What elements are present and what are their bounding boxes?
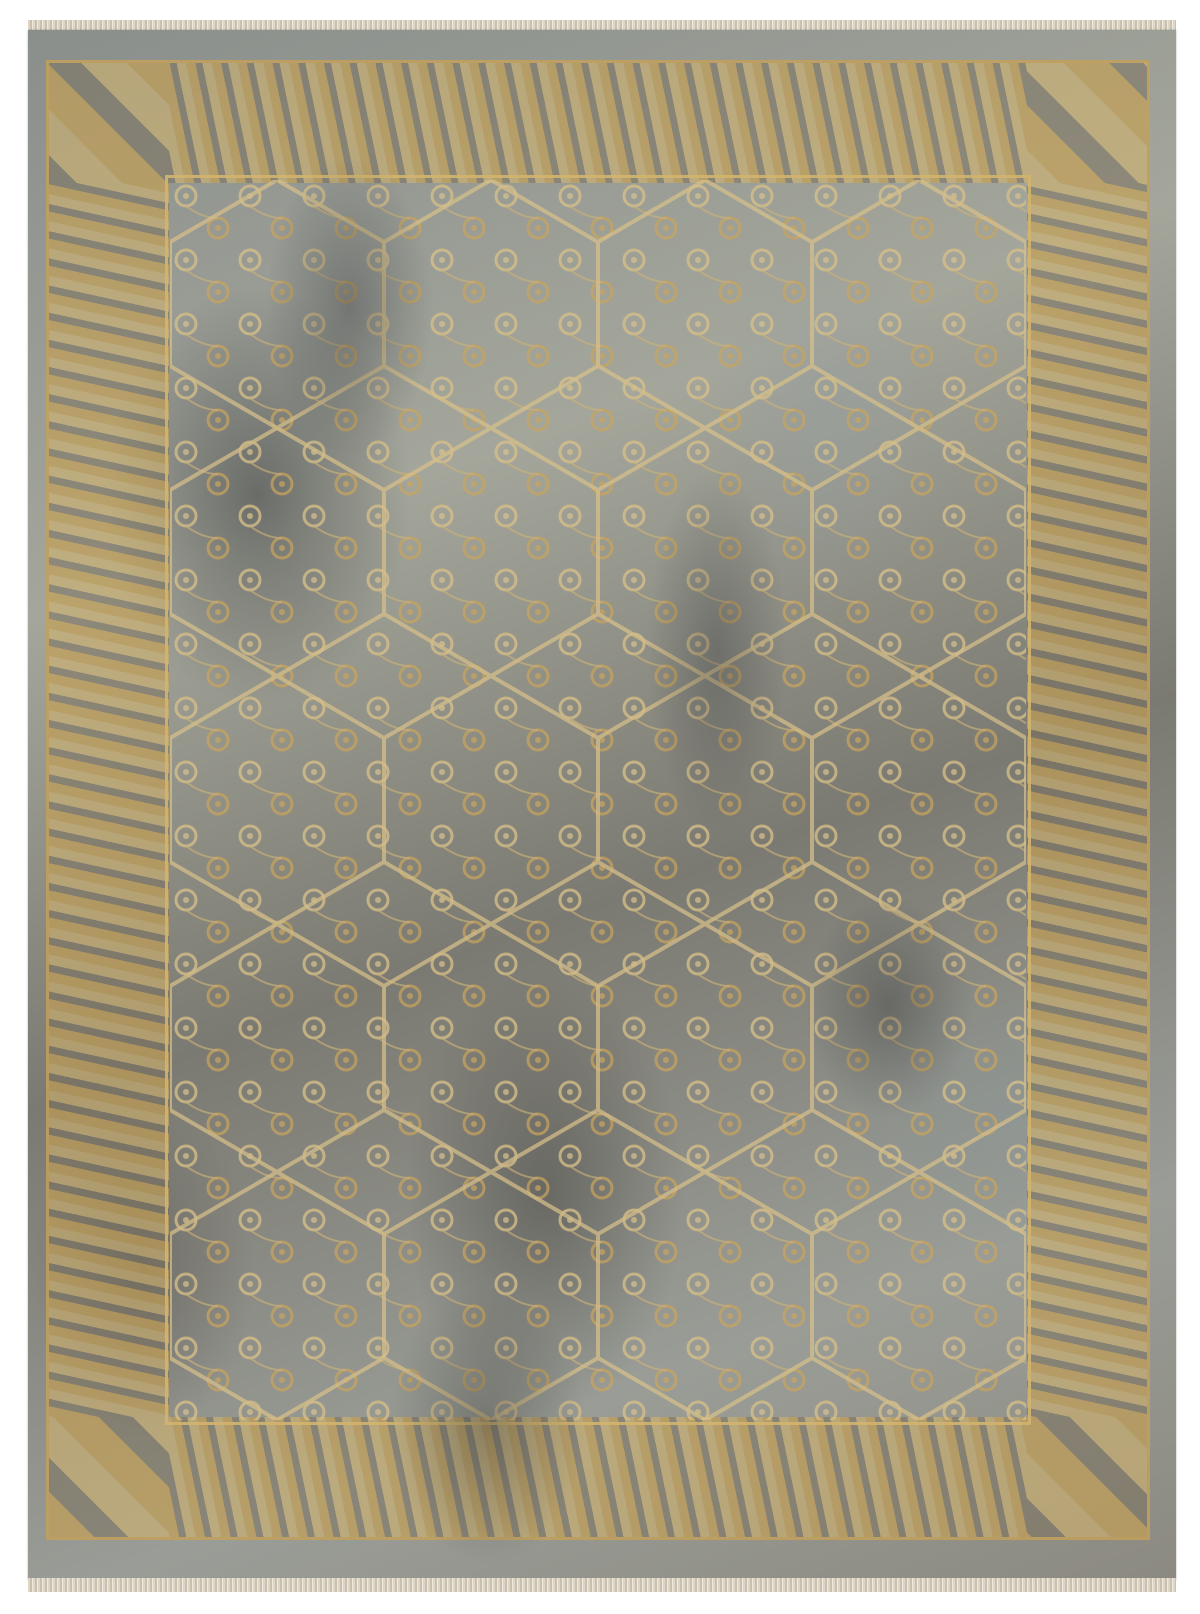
rug-field-pattern [170, 180, 1026, 1420]
lattice-pattern-graphic [170, 180, 1026, 1420]
fringe-bottom [28, 1578, 1176, 1592]
